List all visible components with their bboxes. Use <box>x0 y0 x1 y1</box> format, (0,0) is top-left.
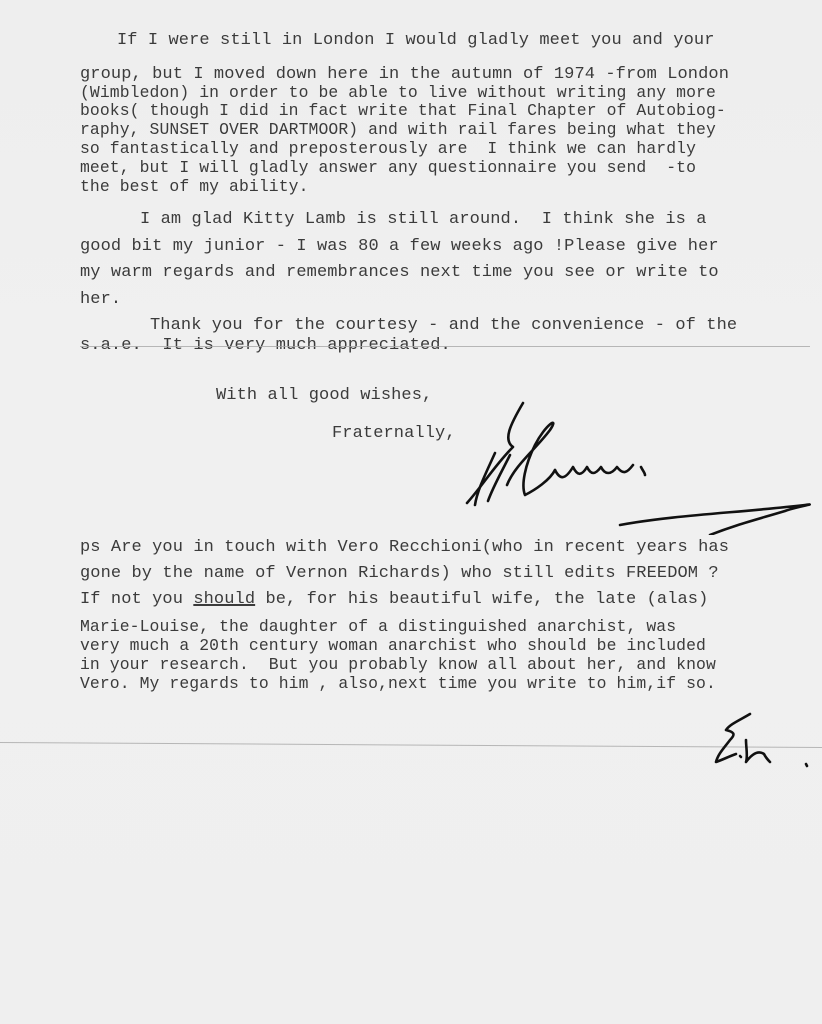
postscript-line-2: gone by the name of Vernon Richards) who… <box>80 564 719 583</box>
fold-line <box>80 346 810 347</box>
signature-icon <box>455 395 815 535</box>
paragraph-2-line-3: my warm regards and remembrances next ti… <box>80 263 719 282</box>
paragraph-1-line-6: so fantastically and preposterously are … <box>80 139 696 158</box>
letter-page: If I were still in London I would gladly… <box>0 0 822 1024</box>
paragraph-1-line-8: the best of my ability. <box>80 177 309 196</box>
paragraph-1-line-3: (Wimbledon) in order to be able to live … <box>80 83 716 102</box>
paragraph-1-line-2: group, but I moved down here in the autu… <box>80 65 729 84</box>
paragraph-2-line-1: I am glad Kitty Lamb is still around. I … <box>140 210 707 229</box>
paragraph-3-line-1: Thank you for the courtesy - and the con… <box>150 316 737 335</box>
paragraph-1-line-4: books( though I did in fact write that F… <box>80 101 726 120</box>
postscript-line-3-end: be, for his beautiful wife, the late (al… <box>255 590 708 609</box>
paragraph-2-line-2: good bit my junior - I was 80 a few week… <box>80 237 719 256</box>
postscript-line-6: in your research. But you probably know … <box>80 655 716 674</box>
initials-icon <box>710 710 820 770</box>
paragraph-1-line-7: meet, but I will gladly answer any quest… <box>80 158 696 177</box>
postscript-line-4: Marie-Louise, the daughter of a distingu… <box>80 617 676 636</box>
postscript-line-7: Vero. My regards to him , also,next time… <box>80 674 716 693</box>
paragraph-1-line-1: If I were still in London I would gladly… <box>117 31 715 50</box>
postscript-line-3: If not you should be, for his beautiful … <box>80 590 708 609</box>
closing-valediction: Fraternally, <box>332 424 456 443</box>
closing-salutation: With all good wishes, <box>216 386 432 405</box>
fold-line-lower <box>0 742 822 748</box>
emphasis-should: should <box>193 590 255 609</box>
paragraph-1-line-5: raphy, SUNSET OVER DARTMOOR) and with ra… <box>80 120 716 139</box>
postscript-line-1: ps Are you in touch with Vero Recchioni(… <box>80 538 729 557</box>
postscript-line-5: very much a 20th century woman anarchist… <box>80 636 706 655</box>
postscript-line-3-start: If not you <box>80 590 193 609</box>
paragraph-2-line-4: her. <box>80 290 121 309</box>
